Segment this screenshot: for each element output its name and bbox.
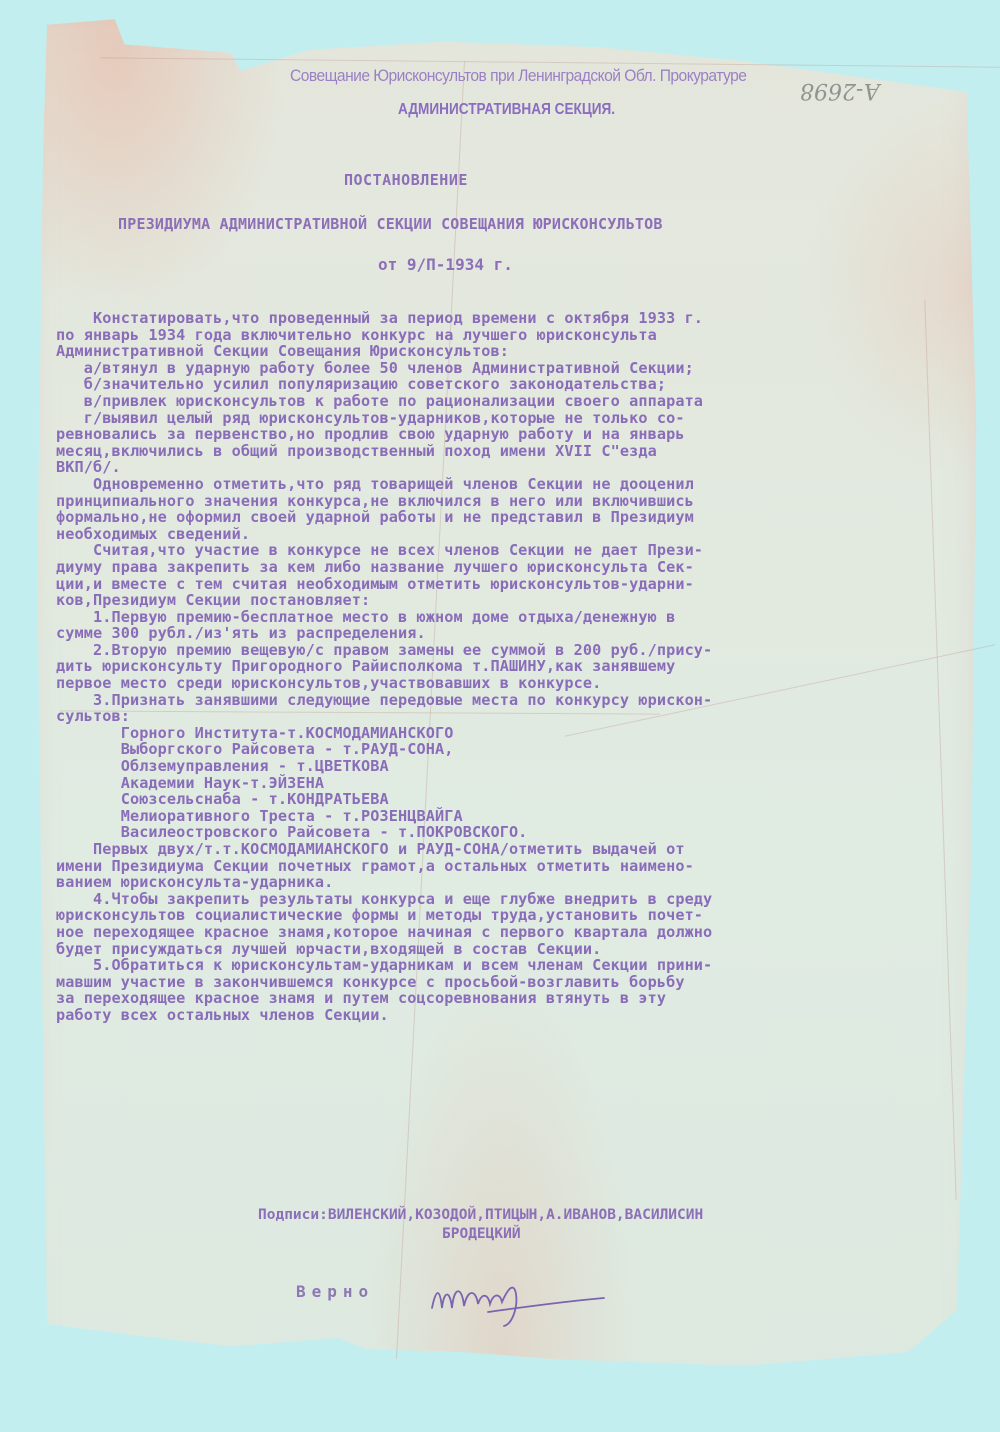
body-line: в/привлек юрисконсультов к работе по рац… [56, 393, 976, 410]
body-line: ции,и вместе с тем считая необходимым от… [56, 576, 976, 593]
body-line: мавшим участие в закончившемся конкурсе … [56, 974, 976, 991]
letterhead-section: АДМИНИСТРАТИВНАЯ СЕКЦИЯ. [398, 101, 615, 119]
document-body: Констатировать,что проведенный за период… [56, 310, 976, 1024]
body-line: по январь 1934 года включительно конкурс… [56, 327, 976, 344]
body-line: Констатировать,что проведенный за период… [56, 310, 976, 327]
body-line: диуму права закрепить за кем либо назван… [56, 559, 976, 576]
body-line: Одновременно отметить,что ряд товарищей … [56, 476, 976, 493]
body-line: а/втянул в ударную работу более 50 члено… [56, 360, 976, 377]
body-line: ков,Президиум Секции постановляет: [56, 592, 976, 609]
body-line: Выборгского Райсовета - т.РАУД-СОНА, [56, 741, 976, 758]
body-line: Административной Секции Совещания Юриско… [56, 343, 976, 360]
body-line: г/выявил целый ряд юрисконсультов-ударни… [56, 410, 976, 427]
body-line: сультов: [56, 708, 976, 725]
signatories-line: Подписи:ВИЛЕНСКИЙ,КОЗОДОЙ,ПТИЦЫН,А.ИВАНО… [258, 1207, 703, 1223]
document-title: ПОСТАНОВЛЕНИЕ [344, 171, 468, 189]
body-line: принципиального значения конкурса,не вкл… [56, 493, 976, 510]
body-line: месяц,включились в общий производственны… [56, 443, 976, 460]
body-line: первое место среди юрисконсультов,участв… [56, 675, 976, 692]
body-line: ванием юрисконсульта-ударника. [56, 874, 976, 891]
body-line: ВКП/б/. [56, 459, 976, 476]
letterhead-organization: Совещание Юрисконсультов при Ленинградск… [290, 66, 746, 86]
certification-label: Верно [296, 1282, 374, 1301]
body-line: за переходящее красное знамя и путем соц… [56, 990, 976, 1007]
body-line: Мелиоративного Треста - т.РОЗЕНЦВАЙГА [56, 808, 976, 825]
signatories-line-2: БРОДЕЦКИЙ [442, 1226, 521, 1242]
body-line: будет присуждаться лучшей юрчасти,входящ… [56, 941, 976, 958]
body-line: б/значительно усилил популяризацию совет… [56, 376, 976, 393]
handwritten-signature-icon [428, 1268, 608, 1328]
document-subtitle: ПРЕЗИДИУМА АДМИНИСТРАТИВНОЙ СЕКЦИИ СОВЕЩ… [118, 215, 663, 233]
body-line: юрисконсультов социалистические формы и … [56, 907, 976, 924]
body-line: ное переходящее красное знамя,которое на… [56, 924, 976, 941]
document-date: от 9/П-1934 г. [378, 255, 513, 274]
body-line: формально,не оформил своей ударной работ… [56, 509, 976, 526]
archive-pencil-note: А-2698 [800, 78, 880, 103]
body-line: 2.Вторую премию вещевую/с правом замены … [56, 642, 976, 659]
body-line: работу всех остальных членов Секции. [56, 1007, 976, 1024]
body-line: 3.Признать занявшими следующие передовые… [56, 692, 976, 709]
body-line: Первых двух/т.т.КОСМОДАМИАНСКОГО и РАУД-… [56, 841, 976, 858]
body-line: 5.Обратиться к юрисконсультам-ударникам … [56, 957, 976, 974]
body-line: имени Президиума Секции почетных грамот,… [56, 858, 976, 875]
body-line: сумме 300 рубл./из'ять из распределения. [56, 625, 976, 642]
body-line: Союзсельснаба - т.КОНДРАТЬЕВА [56, 791, 976, 808]
body-line: 4.Чтобы закрепить результаты конкурса и … [56, 891, 976, 908]
body-line: Облземуправления - т.ЦВЕТКОВА [56, 758, 976, 775]
body-line: 1.Первую премию-бесплатное место в южном… [56, 609, 976, 626]
body-line: ревновались за первенство,но продлив сво… [56, 426, 976, 443]
body-line: Горного Института-т.КОСМОДАМИАНСКОГО [56, 725, 976, 742]
body-line: Василеостровского Райсовета - т.ПОКРОВСК… [56, 824, 976, 841]
body-line: Считая,что участие в конкурсе не всех чл… [56, 542, 976, 559]
body-line: необходимых сведений. [56, 526, 976, 543]
body-line: дить юрисконсульту Пригородного Райиспол… [56, 658, 976, 675]
body-line: Академии Наук-т.ЭЙЗЕНА [56, 775, 976, 792]
